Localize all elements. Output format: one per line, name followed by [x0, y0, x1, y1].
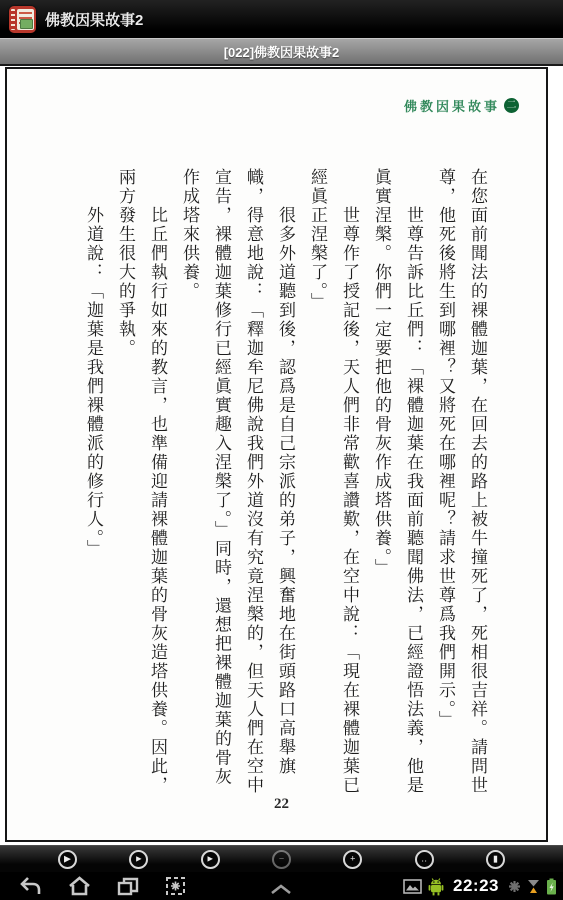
- photo-icon: [403, 879, 422, 894]
- hide-bar-button[interactable]: [270, 881, 292, 899]
- android-robot-icon: [428, 877, 444, 896]
- book-title-header: 佛教因果故事: [404, 96, 500, 115]
- dots-icon: ‥: [421, 854, 427, 863]
- back-button[interactable]: [20, 877, 42, 895]
- more-button[interactable]: ‥: [415, 850, 434, 869]
- info-button[interactable]: ▮: [486, 850, 505, 869]
- plus-icon: +: [350, 854, 355, 863]
- zoom-in-button[interactable]: +: [343, 850, 362, 869]
- signal-status: [527, 879, 540, 894]
- zoom-out-button[interactable]: −: [272, 850, 291, 869]
- page-running-header: 佛教因果故事 二: [404, 96, 519, 115]
- go-next-button[interactable]: ►: [201, 850, 220, 869]
- prev-icon: ►: [134, 854, 143, 863]
- play-button[interactable]: ▶: [58, 850, 77, 869]
- app-title: 佛教因果故事2: [45, 9, 143, 30]
- recents-button[interactable]: [117, 877, 139, 896]
- system-navbar: 22:23: [0, 872, 563, 900]
- screenshot-button[interactable]: [165, 876, 186, 896]
- paragraph: 比丘們執行如來的教言，也準備迎請裸體迦葉的骨灰造塔供養。因此，兩方發生很大的爭執…: [109, 168, 173, 798]
- recents-icon: [117, 877, 139, 896]
- next-icon: ►: [206, 854, 215, 863]
- app-title-bar: 佛教因果故事2: [0, 0, 563, 38]
- app-icon: [9, 6, 36, 33]
- alarm-icon: [508, 880, 521, 893]
- home-icon: [68, 876, 91, 896]
- paragraph: 很多外道聽到後，認爲是自己宗派的弟子，興奮地在街頭路口高舉旗幟，得意地說：「釋迦…: [173, 168, 301, 798]
- paragraph: 外道說：「迦葉是我們裸體派的修行人。」: [77, 168, 109, 798]
- paragraph: 世尊告訴比丘們：「裸體迦葉在我面前聽聞佛法，已經證悟法義，他是眞實涅槃。你們一定…: [365, 168, 429, 798]
- reader-viewer[interactable]: 佛教因果故事 二 在您面前聞法的裸體迦葉，在回去的路上被牛撞死了，死相很吉祥。請…: [0, 66, 563, 845]
- paragraph: 在您面前聞法的裸體迦葉，在回去的路上被牛撞死了，死相很吉祥。請問世尊，他死後將生…: [429, 168, 493, 798]
- minus-icon: −: [279, 854, 284, 863]
- volume-badge: 二: [504, 98, 519, 113]
- android-notification[interactable]: [428, 877, 444, 896]
- alarm-status: [508, 880, 521, 893]
- clock: 22:23: [453, 876, 499, 896]
- battery-status: [546, 878, 557, 895]
- page-body-text: 在您面前聞法的裸體迦葉，在回去的路上被牛撞死了，死相很吉祥。請問世尊，他死後將生…: [77, 168, 493, 798]
- signal-icon: [527, 879, 540, 894]
- page-number: 22: [0, 796, 563, 813]
- paragraph: 世尊作了授記後，天人們非常歡喜讚歎，在空中說：「現在裸體迦葉已經眞正涅槃了。」: [301, 168, 365, 798]
- reader-toolbar: ▶ ► ► − + ‥ ▮: [0, 845, 563, 872]
- photo-notification[interactable]: [403, 879, 422, 894]
- chevron-up-icon: [270, 884, 292, 894]
- chapter-bar-label: [022]佛教因果故事2: [224, 42, 340, 61]
- chapter-bar: [022]佛教因果故事2: [0, 38, 563, 66]
- home-button[interactable]: [68, 876, 91, 896]
- bar-icon: ▮: [493, 854, 498, 863]
- go-prev-button[interactable]: ►: [129, 850, 148, 869]
- battery-charging-icon: [546, 878, 557, 895]
- back-icon: [20, 877, 42, 895]
- play-icon: ▶: [64, 854, 71, 863]
- screenshot-icon: [165, 876, 186, 896]
